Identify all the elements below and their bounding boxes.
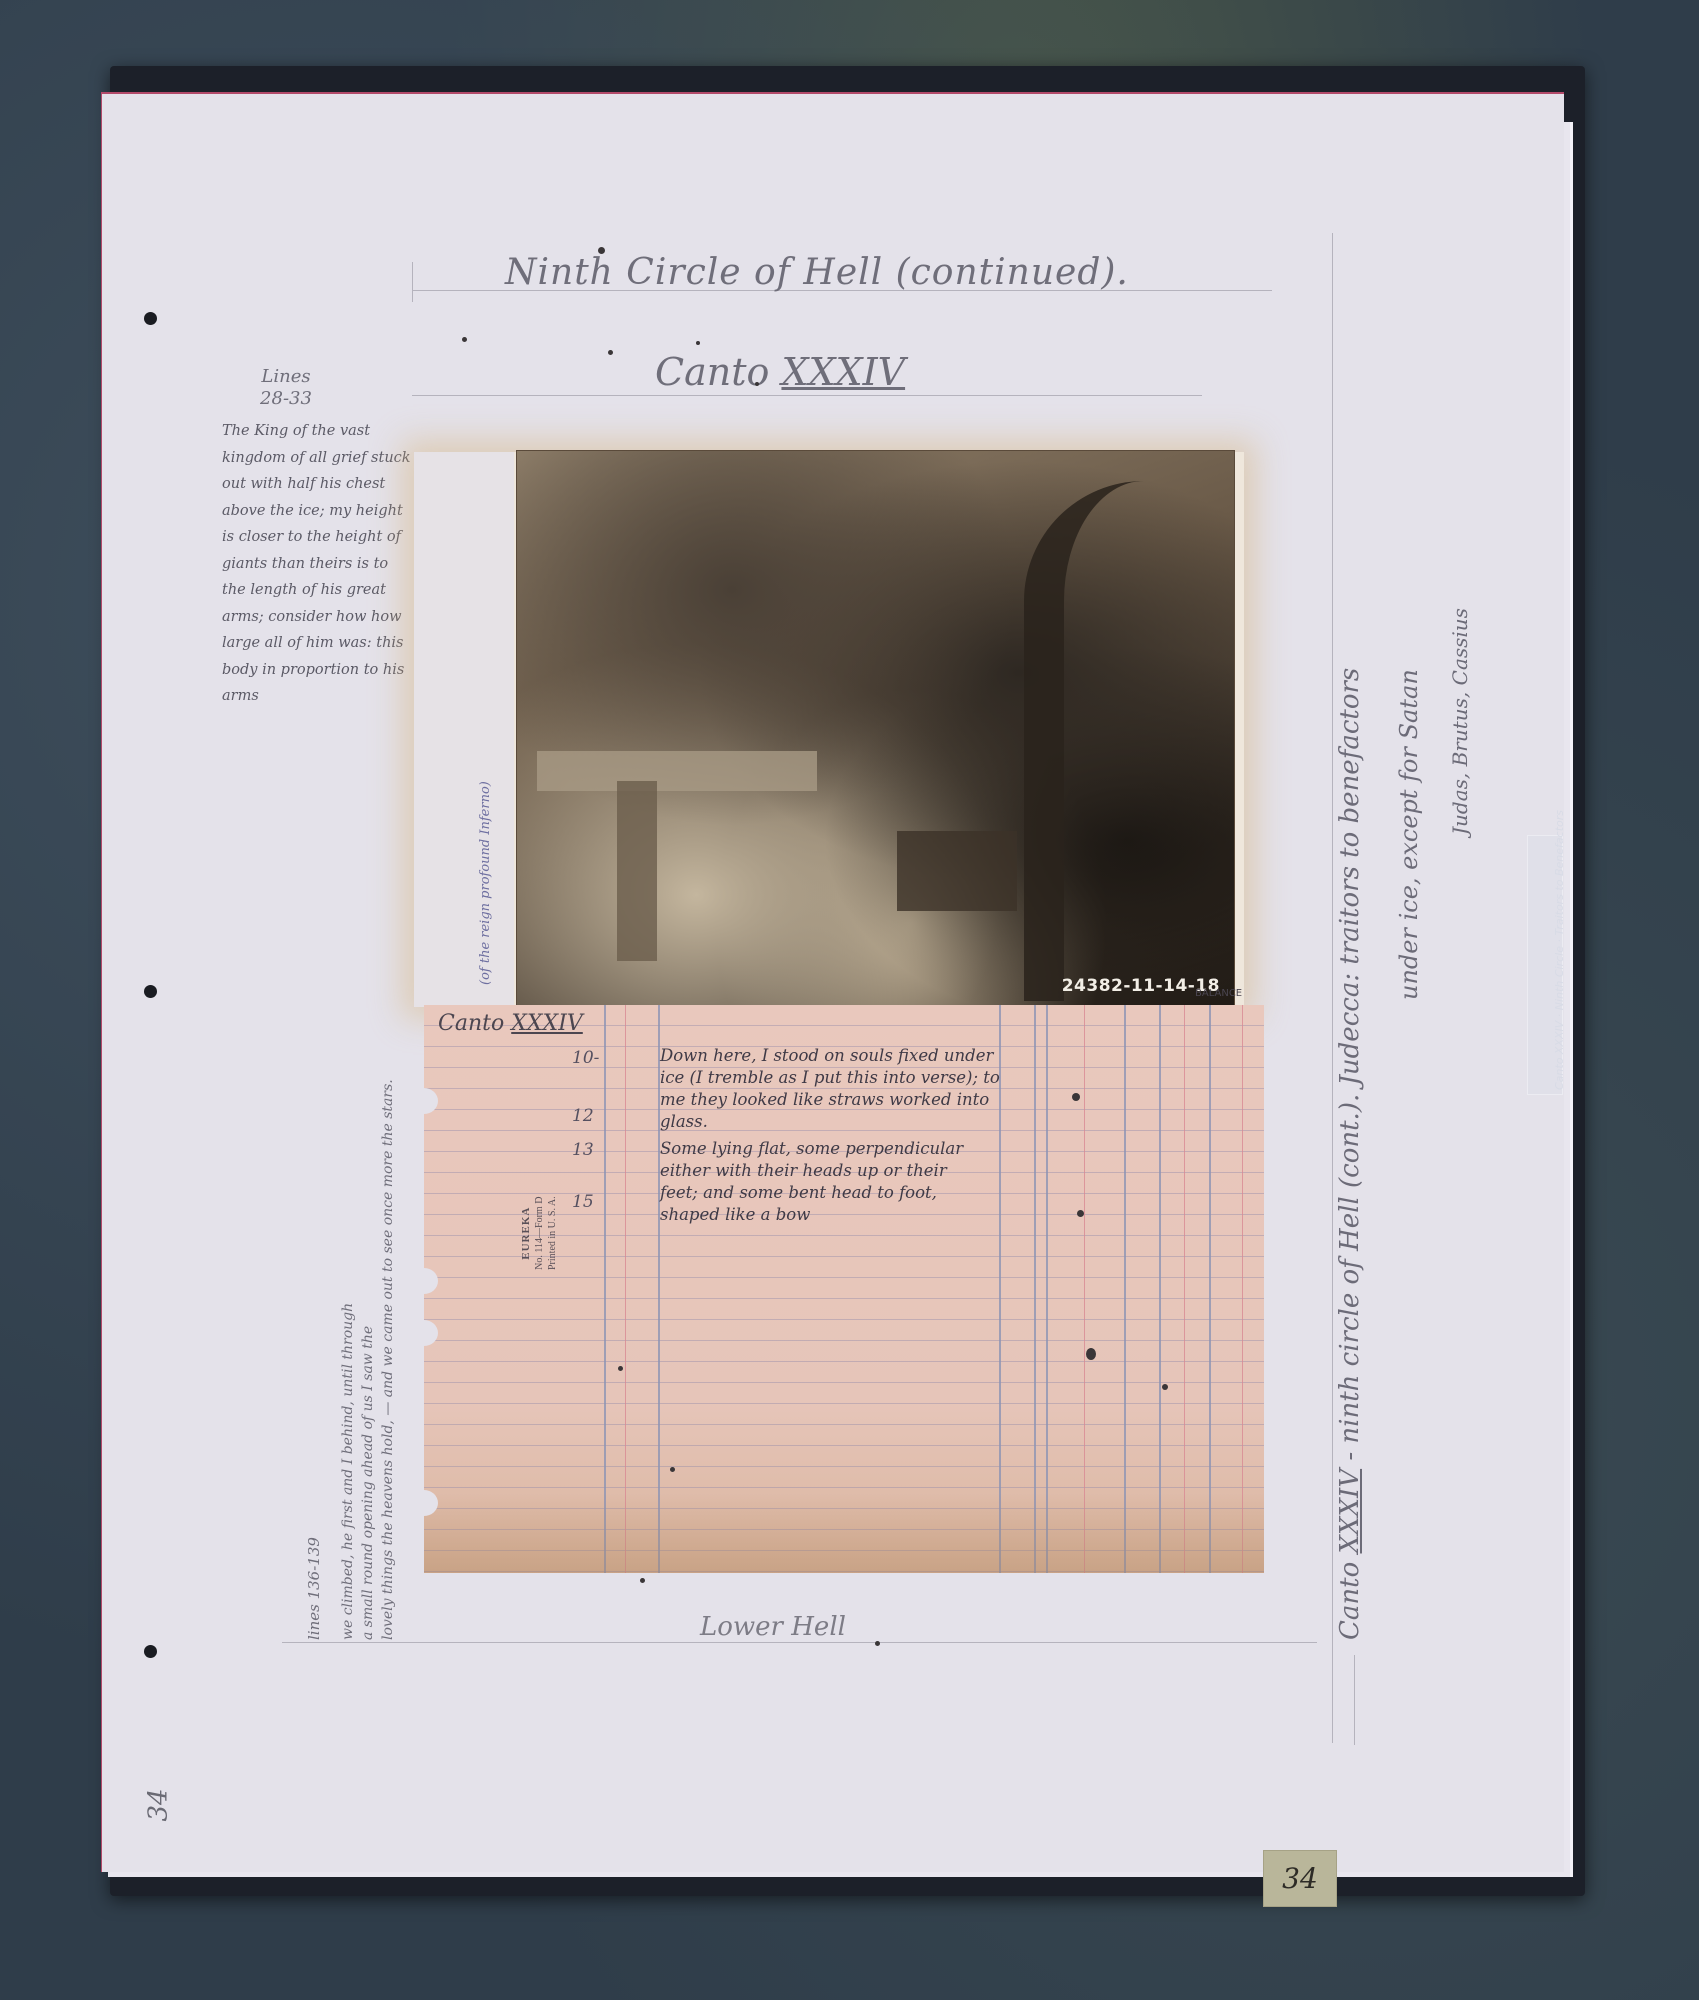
- ledger-entry-line: me they looked like straws worked into: [660, 1089, 1000, 1111]
- machine-column-shape: [617, 781, 657, 961]
- line-number: 15: [572, 1192, 594, 1212]
- ink-spot: [1162, 1384, 1168, 1390]
- ledger-entry-line: ice (I tremble as I put this into verse)…: [660, 1067, 1000, 1089]
- ink-spot: [696, 341, 700, 345]
- line-number: 12: [572, 1106, 594, 1126]
- ledger-canto-label: Canto: [438, 1011, 504, 1036]
- lines-label: Lines 28-33: [256, 366, 316, 410]
- ledger-column-line: [1242, 1005, 1243, 1573]
- ledger-punch-hole: [410, 1320, 438, 1346]
- punch-hole: [144, 1645, 157, 1658]
- lines-word: Lines: [256, 366, 316, 388]
- ledger-column-line: [1084, 1005, 1085, 1573]
- imprint-printed: Printed in U. S. A.: [546, 1196, 559, 1270]
- ledger-entry: Some lying flat, some perpendicular eith…: [660, 1138, 963, 1226]
- ledger-entry: Down here, I stood on souls fixed under …: [660, 1045, 1000, 1133]
- photo-margin-strip: [414, 452, 514, 1007]
- ink-spot: [670, 1467, 675, 1472]
- line-number: 10-: [572, 1048, 599, 1068]
- machine-frame-shape: [1024, 481, 1174, 1001]
- vertical-lines-label: lines 136-139: [305, 1537, 323, 1640]
- right-canto-number: XXXIV: [1335, 1469, 1365, 1554]
- workbench-shape: [537, 751, 817, 791]
- ledger-punch-hole: [410, 1088, 438, 1114]
- ledger-column-line: [1124, 1005, 1126, 1573]
- guide-rule: [1354, 1655, 1355, 1745]
- right-note-line-2: under ice, except for Satan: [1395, 669, 1423, 1000]
- ledger-column-line: [1159, 1005, 1161, 1573]
- ledger-punch-hole: [410, 1268, 438, 1294]
- page-heading: Ninth Circle of Hell (continued).: [505, 252, 1129, 293]
- ledger-form-imprint: EUREKA No. 114—Form D Printed in U. S. A…: [520, 1196, 559, 1270]
- page-number-tag: 34: [1263, 1850, 1337, 1907]
- ledger-column-line: [625, 1005, 626, 1573]
- punch-hole: [144, 985, 157, 998]
- line-number: 13: [572, 1140, 594, 1160]
- ledger-entry-line: shaped like a bow: [660, 1204, 963, 1226]
- right-note-line-3: Judas, Brutus, Cassius: [1448, 608, 1472, 835]
- ink-spot: [1086, 1348, 1096, 1360]
- ink-spot: [598, 247, 605, 254]
- bin-shape: [897, 831, 1017, 911]
- imprint-brand: EUREKA: [520, 1207, 532, 1260]
- guide-rule: [412, 262, 413, 302]
- right-canto-label: Canto: [1335, 1562, 1365, 1640]
- ledger-punch-hole: [410, 1490, 438, 1516]
- tape-label-text: Canto XXXIV · Ninth Circle · Traitors to…: [1553, 810, 1566, 1090]
- canto-label: Canto: [655, 350, 769, 394]
- page-number-left: 34: [144, 1788, 174, 1821]
- left-margin-note: The King of the vast kingdom of all grie…: [222, 418, 412, 710]
- right-canto-heading: Canto XXXIV - ninth circle of Hell (cont…: [1335, 668, 1365, 1640]
- vertical-note-line-2: a small round opening ahead of us I saw …: [360, 1326, 376, 1640]
- right-note-line-1: - ninth circle of Hell (cont.). Judecca:…: [1335, 668, 1365, 1461]
- ledger-column-line: [604, 1005, 606, 1573]
- imprint-form: No. 114—Form D: [533, 1196, 546, 1270]
- lines-range: 28-33: [256, 388, 316, 410]
- ink-spot: [462, 337, 467, 342]
- ink-spot: [618, 1366, 623, 1371]
- ink-spot: [640, 1578, 645, 1583]
- canto-heading: Canto XXXIV: [655, 350, 905, 394]
- ledger-balance-label: BALANCE: [1195, 988, 1242, 999]
- ledger-entry-line: either with their heads up or their: [660, 1160, 963, 1182]
- footer-caption: Lower Hell: [700, 1612, 846, 1642]
- ledger-column-line: [1184, 1005, 1185, 1573]
- ledger-column-line: [1034, 1005, 1036, 1573]
- ledger-entry-line: feet; and some bent head to foot,: [660, 1182, 963, 1204]
- ledger-entry-line: Down here, I stood on souls fixed under: [660, 1045, 1000, 1067]
- ledger-canto-number: XXXIV: [511, 1011, 583, 1036]
- ledger-canto-heading: Canto XXXIV: [438, 1011, 583, 1036]
- ledger-entry-line: glass.: [660, 1111, 1000, 1133]
- machine-shop-photograph: 24382-11-14-18: [516, 450, 1235, 1007]
- vertical-note-line-3: lovely things the heavens hold, — and we…: [380, 1079, 396, 1640]
- ink-spot: [608, 350, 613, 355]
- ledger-entry-line: Some lying flat, some perpendicular: [660, 1138, 963, 1160]
- ink-spot: [1072, 1093, 1080, 1101]
- guide-rule: [1332, 233, 1333, 1743]
- ledger-column-line: [1046, 1005, 1048, 1573]
- ink-spot: [875, 1641, 880, 1646]
- water-stain: [424, 1493, 1264, 1573]
- guide-rule: [412, 395, 1202, 396]
- ink-spot: [1077, 1210, 1084, 1217]
- canto-number: XXXIV: [781, 350, 905, 394]
- punch-hole: [144, 312, 157, 325]
- photo-strip-note: (of the reign profound Inferno): [478, 781, 493, 985]
- ink-spot: [755, 382, 759, 386]
- guide-rule: [282, 1642, 1317, 1643]
- ledger-column-line: [1209, 1005, 1211, 1573]
- vertical-note-line-1: we climbed, he first and I behind, until…: [340, 1303, 356, 1640]
